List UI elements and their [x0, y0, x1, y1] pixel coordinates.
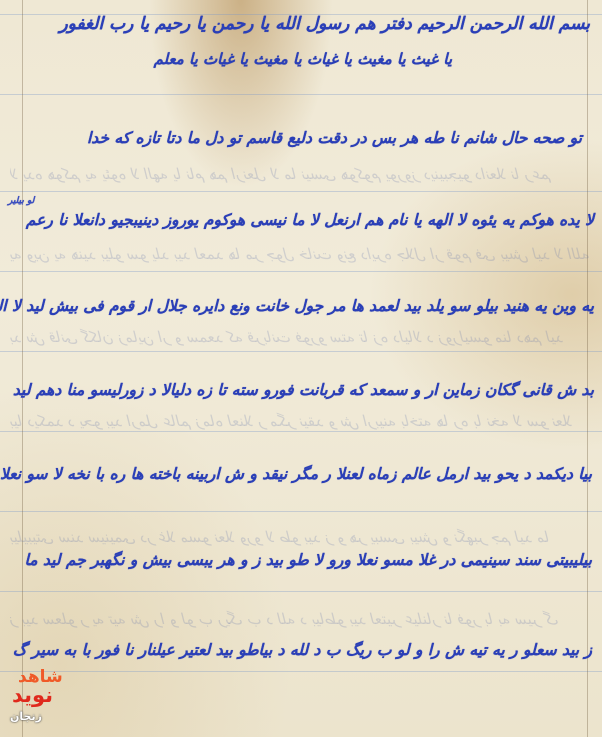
letter-body-line-1: تو صحه حال شانم نا طه هر بس در دقت دلیع … — [87, 128, 582, 147]
bleed-through-text: لا یده هوکم یه یئوه لا الهه یا نام هم ار… — [10, 165, 592, 183]
letter-header-line-2: یا غیث یا مغیث یا غیاث یا مغیث یا غیاث ی… — [154, 50, 452, 68]
letter-page: لا یده هوکم یه یئوه لا الهه یا نام هم ار… — [0, 0, 602, 737]
letter-header-line-1: بسم الله الرحمن الرحیم دفتر هم رسول الله… — [59, 14, 590, 34]
letter-body-line-2: لا یده هوکم یه یئوه لا الهه یا نام هم ار… — [26, 210, 594, 229]
watermark-line-2: نوید — [12, 685, 53, 706]
letter-body-line-6: بیلیبیتی سند سینیمی در غلا مسو نعلا ورو … — [25, 550, 592, 569]
letter-body-line-7: ز بید سعلو ر یه تیه ش را و لو ب ریگ ب د … — [13, 640, 592, 659]
navid-shahed-zanjan-logo: شاهد نوید زنجان — [6, 669, 70, 729]
letter-body-line-3: یه وین یه هنید بیلو سو یلد بید لعمد ها م… — [0, 296, 594, 315]
watermark-line-3: زنجان — [10, 711, 42, 722]
bleed-through-text: بیا دیکمد د یحو بید ارمل عالم زماه لعنلا… — [10, 412, 592, 430]
margin-note: لو بیلیر — [8, 196, 34, 206]
bleed-through-text: بیلیبیتی سند سینیمی در غلا مسو نعلا ورو … — [10, 528, 592, 546]
bleed-through-text: یه وین یه هنید بیلو سو یلد بید لعمد ها م… — [10, 245, 592, 263]
bleed-through-text: بد ش قانی گکان زماین ار و سمعد که قربانت… — [10, 328, 592, 346]
bleed-through-text: ز بید سعلو ر یه تیه ش را و لو ب ریگ ب د … — [10, 610, 592, 628]
letter-body-line-4: بد ش قانی گکان زماین ار و سمعد که قربانت… — [13, 380, 594, 399]
letter-body-line-5: بیا دیکمد د یحو بید ارمل عالم زماه لعنلا… — [0, 464, 592, 483]
